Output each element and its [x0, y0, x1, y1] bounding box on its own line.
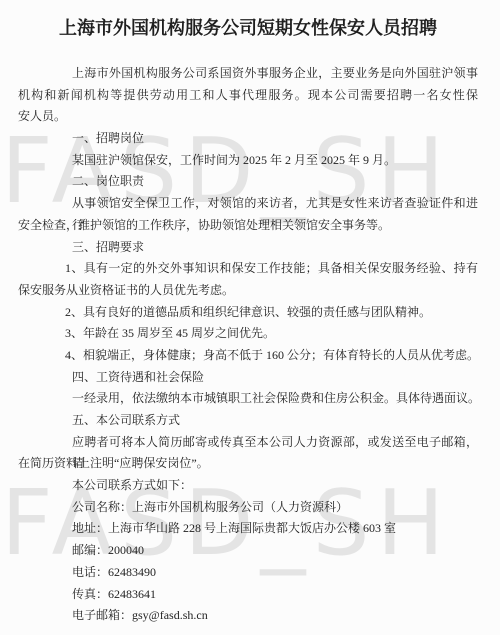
document-line: 4、相貌端正，身体健康；身高不低于 160 公分；有体育特长的人员从优考虑。 [18, 345, 478, 367]
section-heading-contact: 五、本公司联系方式 [18, 410, 478, 432]
section-heading-requirements: 三、招聘要求 [18, 237, 478, 259]
section-heading-salary-insurance: 四、工资待遇和社会保险 [18, 367, 478, 389]
document-line: 某国驻沪领馆保安，工作时间为 2025 年 2 月至 2025 年 9 月。 [18, 150, 478, 172]
document-line: 3、年龄在 35 周岁至 45 周岁之间优先。 [18, 323, 478, 345]
document-line: 本公司联系方式如下： [18, 475, 478, 497]
document-line: 应聘者可将本人简历邮寄或传真至本公司人力资源部，或发送至电子邮箱，请 [18, 432, 478, 454]
contact-email-line: 电子邮箱：gsy@fasd.sh.cn [18, 605, 478, 627]
document-line: 上海市外国机构服务公司系国资外事服务企业，主要业务是向外国驻沪领事 [18, 63, 478, 85]
document-line: 安全检查，维护领馆的工作秩序，协助领馆处理相关领馆安全事务等。 [18, 215, 478, 237]
document-line: 在简历资料上注明“应聘保安岗位”。 [18, 453, 478, 475]
document-line: 1、具有一定的外交外事知识和保安工作技能；具备相关保安服务经验、持有 [18, 258, 478, 280]
document-title: 上海市外国机构服务公司短期女性保安人员招聘 [18, 16, 478, 42]
section-heading-recruit-position: 一、招聘岗位 [18, 128, 478, 150]
document-line: 一经录用，依法缴纳本市城镇职工社会保险费和住房公积金。具体待遇面议。 [18, 388, 478, 410]
contact-postcode-line: 邮编：200040 [18, 540, 478, 562]
contact-fax-line: 传真：62483641 [18, 584, 478, 606]
document-line: 从事领馆安全保卫工作，对领馆的来访者，尤其是女性来访者查验证件和进行 [18, 193, 478, 215]
section-heading-job-duties: 二、岗位职责 [18, 171, 478, 193]
document-line: 安人员。 [18, 106, 478, 128]
document-body: 上海市外国机构服务公司系国资外事服务企业，主要业务是向外国驻沪领事 机构和新闻机… [18, 63, 478, 627]
document-page: FASD_SH FASD_SH 上海市外国机构服务公司短期女性保安人员招聘 上海… [0, 0, 500, 635]
document-content: 上海市外国机构服务公司短期女性保安人员招聘 上海市外国机构服务公司系国资外事服务… [0, 0, 500, 627]
document-line: 机构和新闻机构等提供劳动用工和人事代理服务。现本公司需要招聘一名女性保 [18, 85, 478, 107]
document-line: 2、具有良好的道德品质和组织纪律意识、较强的责任感与团队精神。 [18, 302, 478, 324]
contact-address-line: 地址：上海市华山路 228 号上海国际贵都大饭店办公楼 603 室 [18, 518, 478, 540]
document-line: 保安服务从业资格证书的人员优先考虑。 [18, 280, 478, 302]
contact-company-line: 公司名称：上海市外国机构服务公司（人力资源科） [18, 497, 478, 519]
contact-phone-line: 电话：62483490 [18, 562, 478, 584]
